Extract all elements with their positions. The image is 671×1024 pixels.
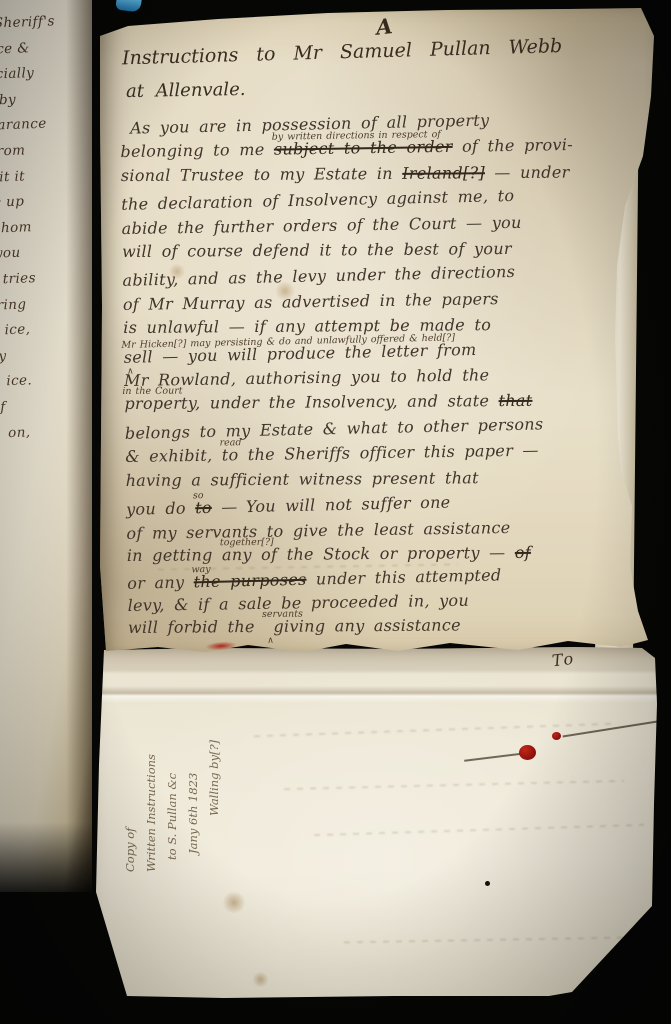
facing-page-edge: Sheriff'sace &ciallyl byarancefromit ite… [0, 0, 92, 892]
facing-page-line-fragment: from [0, 136, 80, 165]
endorsement-line: Walling by[?] [204, 694, 225, 872]
struck-text: Ireland[?] [402, 163, 485, 183]
facing-page-line-fragment: l by [0, 85, 78, 114]
facing-page-line-fragment: tries [0, 264, 84, 293]
endorsement-line: Jany 6th 1823 [183, 694, 204, 872]
blue-ribbon-tab [115, 0, 141, 12]
endorsement-rotated: Copy ofWritten Instructionsto S. Pullan … [120, 694, 232, 872]
endorsement-line: Written Instructions [141, 694, 162, 872]
red-wax-spot-small [552, 732, 561, 740]
facing-page-line-fragment: ring [0, 290, 85, 319]
facing-page-line-fragment: Sheriff's [0, 9, 75, 38]
facing-page-line-fragment: it it [0, 162, 81, 191]
caret-mark: ∧ [127, 367, 134, 376]
endorsement-line: to S. Pullan &c [162, 694, 183, 872]
stain [252, 972, 269, 987]
document-title-line2: at Allenvale. [126, 79, 246, 102]
facing-page-line-fragment: f [0, 392, 89, 421]
caret-mark: ∧ [267, 637, 274, 646]
show-through [314, 824, 644, 836]
page-label: A [375, 13, 394, 40]
facing-page-line-fragment: on, [1, 418, 90, 447]
red-wax-spot-large [519, 745, 536, 760]
facing-page-line-fragment: arance [0, 111, 79, 140]
paper-crack [464, 752, 526, 761]
body-lines: As you are in possession of all property… [120, 106, 644, 642]
facing-page-text-fragments: Sheriff'sace &ciallyl byarancefromit ite… [0, 9, 90, 447]
paper-crack [562, 721, 657, 737]
stain [222, 892, 246, 913]
facing-page-line-fragment: ice. [0, 367, 88, 396]
facing-page-line-fragment: you [0, 239, 83, 268]
facing-page-line-fragment: y [0, 341, 87, 370]
endorsement-line: Copy of [120, 694, 141, 872]
show-through [344, 937, 624, 944]
struck-text: to [195, 498, 212, 517]
manuscript-line: will forbid the servants∧ giving any ass… [128, 612, 644, 640]
facing-page-line-fragment: e up [0, 188, 82, 217]
manuscript-sheet: A Instructions to Mr Samuel Pullan Webb … [98, 6, 660, 654]
struck-text: of [515, 543, 531, 562]
facing-page-line-fragment: cially [0, 60, 77, 89]
catchword: To [551, 649, 576, 671]
ink-speck [485, 881, 490, 886]
facing-page-line-fragment: ice, [0, 316, 86, 345]
manuscript-photo: Sheriff'sace &ciallyl byarancefromit ite… [0, 0, 671, 1024]
facing-page-line-fragment: hom [0, 213, 82, 242]
facing-page-line-fragment: ace & [0, 34, 76, 63]
struck-text: that [498, 391, 532, 410]
show-through [284, 780, 624, 790]
